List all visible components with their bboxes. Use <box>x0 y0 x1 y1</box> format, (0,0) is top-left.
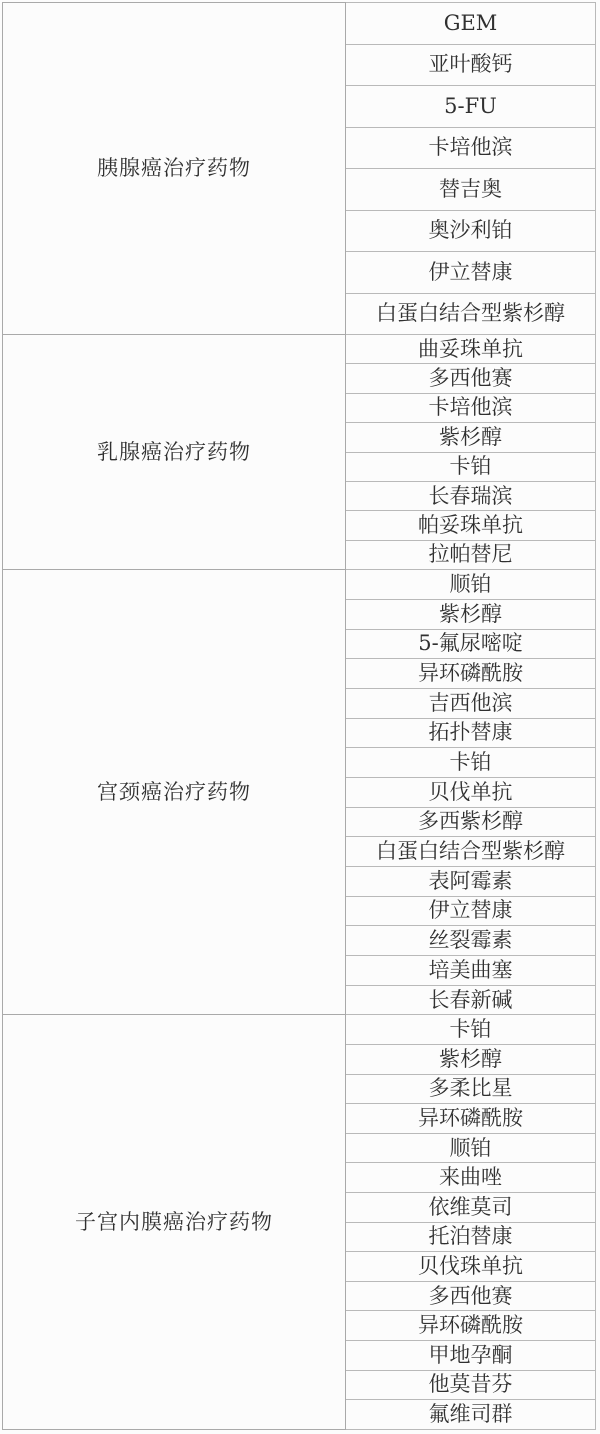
drug-cell: 卡铂 <box>346 452 596 481</box>
drug-cell: GEM <box>346 3 596 45</box>
drug-cell: 伊立替康 <box>346 896 596 926</box>
drug-cell: 贝伐珠单抗 <box>346 1252 596 1282</box>
drug-cell: 伊立替康 <box>346 252 596 294</box>
drug-cell: 贝伐单抗 <box>346 777 596 807</box>
drug-cell: 异环磷酰胺 <box>346 1311 596 1341</box>
category-cell: 胰腺癌治疗药物 <box>3 3 346 335</box>
drug-cell: 托泊替康 <box>346 1222 596 1252</box>
drug-cell: 依维莫司 <box>346 1193 596 1223</box>
drug-cell: 吉西他滨 <box>346 688 596 718</box>
drug-cell: 曲妥珠单抗 <box>346 335 596 364</box>
drug-cell: 氟维司群 <box>346 1400 596 1430</box>
drug-cell: 卡培他滨 <box>346 127 596 169</box>
drug-cell: 表阿霉素 <box>346 867 596 897</box>
drug-cell: 奥沙利铂 <box>346 210 596 252</box>
drug-cell: 白蛋白结合型紫杉醇 <box>346 837 596 867</box>
category-cell: 乳腺癌治疗药物 <box>3 335 346 570</box>
drug-cell: 紫杉醇 <box>346 423 596 452</box>
cancer-drug-table: 胰腺癌治疗药物GEM亚叶酸钙5-FU卡培他滨替吉奥奥沙利铂伊立替康白蛋白结合型紫… <box>2 2 596 1430</box>
drug-cell: 甲地孕酮 <box>346 1340 596 1370</box>
table-row: 乳腺癌治疗药物曲妥珠单抗 <box>3 335 596 364</box>
drug-cell: 白蛋白结合型紫杉醇 <box>346 293 596 335</box>
drug-cell: 长春新碱 <box>346 985 596 1015</box>
table-row: 胰腺癌治疗药物GEM <box>3 3 596 45</box>
drug-cell: 替吉奥 <box>346 169 596 211</box>
drug-cell: 异环磷酰胺 <box>346 1104 596 1134</box>
drug-cell: 他莫昔芬 <box>346 1370 596 1400</box>
table-row: 宫颈癌治疗药物顺铂 <box>3 570 596 600</box>
drug-cell: 丝裂霉素 <box>346 926 596 956</box>
drug-cell: 5-氟尿嘧啶 <box>346 629 596 659</box>
drug-cell: 顺铂 <box>346 1133 596 1163</box>
drug-cell: 多柔比星 <box>346 1074 596 1104</box>
drug-cell: 多西紫杉醇 <box>346 807 596 837</box>
drug-cell: 紫杉醇 <box>346 1045 596 1075</box>
category-cell: 宫颈癌治疗药物 <box>3 570 346 1015</box>
drug-cell: 培美曲塞 <box>346 956 596 986</box>
drug-cell: 拓扑替康 <box>346 718 596 748</box>
drug-cell: 5-FU <box>346 86 596 128</box>
drug-cell: 卡铂 <box>346 1015 596 1045</box>
drug-cell: 卡铂 <box>346 748 596 778</box>
drug-cell: 长春瑞滨 <box>346 481 596 510</box>
drug-table: 胰腺癌治疗药物GEM亚叶酸钙5-FU卡培他滨替吉奥奥沙利铂伊立替康白蛋白结合型紫… <box>2 2 595 1430</box>
drug-cell: 紫杉醇 <box>346 599 596 629</box>
drug-cell: 顺铂 <box>346 570 596 600</box>
drug-cell: 异环磷酰胺 <box>346 659 596 689</box>
table-row: 子宫内膜癌治疗药物卡铂 <box>3 1015 596 1045</box>
drug-cell: 多西他赛 <box>346 364 596 393</box>
drug-cell: 拉帕替尼 <box>346 540 596 569</box>
drug-table-body: 胰腺癌治疗药物GEM亚叶酸钙5-FU卡培他滨替吉奥奥沙利铂伊立替康白蛋白结合型紫… <box>3 3 596 1430</box>
category-cell: 子宫内膜癌治疗药物 <box>3 1015 346 1429</box>
drug-cell: 多西他赛 <box>346 1281 596 1311</box>
drug-cell: 帕妥珠单抗 <box>346 511 596 540</box>
drug-cell: 来曲唑 <box>346 1163 596 1193</box>
drug-cell: 卡培他滨 <box>346 393 596 422</box>
drug-cell: 亚叶酸钙 <box>346 44 596 86</box>
